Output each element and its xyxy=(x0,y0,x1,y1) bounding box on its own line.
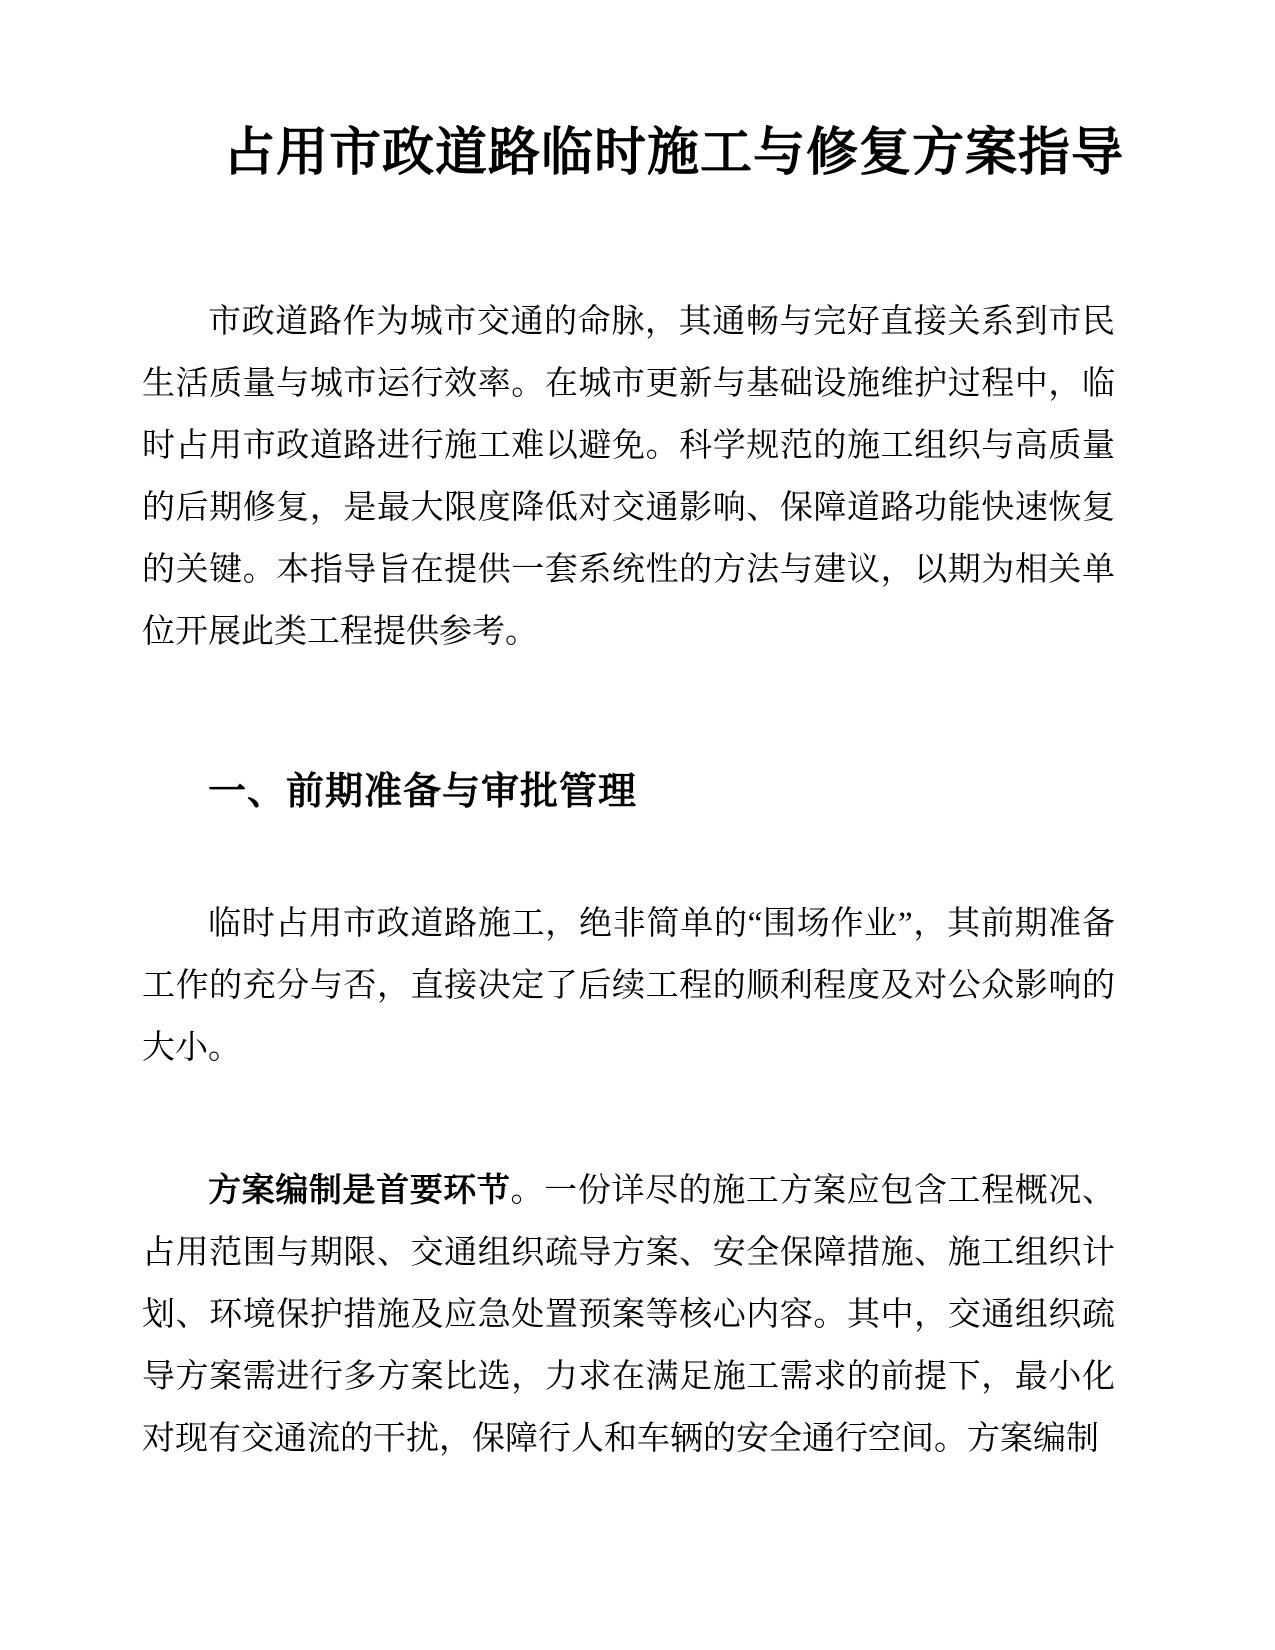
intro-paragraph: 市政道路作为城市交通的命脉，其通畅与完好直接关系到市民生活质量与城市运行效率。在… xyxy=(142,291,1115,663)
document-title: 占用市政道路临时施工与修复方案指导 xyxy=(0,0,1275,188)
paragraph-2-lead-bold: 方案编制是首要环节 xyxy=(208,1173,511,1209)
section-1-paragraph-1: 临时占用市政道路施工，绝非简单的“围场作业”，其前期准备工作的充分与否，直接决定… xyxy=(142,893,1115,1079)
section-1-heading: 一、前期准备与审批管理 xyxy=(142,761,1115,823)
paragraph-2-body-text: 。一份详尽的施工方案应包含工程概况、占用范围与期限、交通组织疏导方案、安全保障措… xyxy=(142,1173,1115,1457)
section-1-paragraph-2: 方案编制是首要环节。一份详尽的施工方案应包含工程概况、占用范围与期限、交通组织疏… xyxy=(142,1160,1115,1470)
document-page: 占用市政道路临时施工与修复方案指导 市政道路作为城市交通的命脉，其通畅与完好直接… xyxy=(0,0,1275,1650)
document-body: 市政道路作为城市交通的命脉，其通畅与完好直接关系到市民生活质量与城市运行效率。在… xyxy=(142,291,1115,1470)
